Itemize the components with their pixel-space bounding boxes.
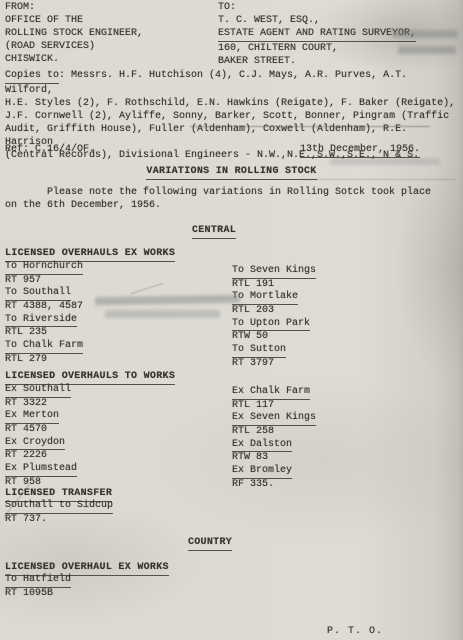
pencil-mark bbox=[131, 283, 164, 295]
fleet-number: RT 957 bbox=[5, 275, 83, 287]
letter-date: 13th December, 1956. bbox=[300, 143, 420, 158]
section-heading-country: COUNTRY bbox=[0, 536, 420, 551]
fleet-number: RTL 203 bbox=[232, 305, 316, 317]
destination: To Sutton bbox=[232, 344, 286, 358]
from-line: OFFICE OF THE bbox=[5, 14, 143, 27]
to-address-line: BAKER STREET. bbox=[218, 55, 416, 68]
transfer-route: Southall to Sidcup bbox=[5, 500, 113, 514]
page-title: VARIATIONS IN ROLLING STOCK bbox=[0, 165, 463, 180]
fleet-number: RTL 279 bbox=[5, 354, 83, 366]
ref-number: Ref: C.16/4/OF. bbox=[5, 143, 95, 156]
origin: Ex Dalston bbox=[232, 439, 292, 453]
faded-stamp bbox=[95, 295, 240, 306]
to-name: T. C. WEST, ESQ., bbox=[218, 14, 416, 27]
pencil-line bbox=[300, 179, 455, 180]
origin: Ex Plumstead bbox=[5, 463, 77, 477]
group-heading: LICENSED OVERHAULS TO WORKS bbox=[5, 370, 175, 385]
from-label: FROM: bbox=[5, 1, 143, 14]
destination: To Riverside bbox=[5, 314, 77, 328]
fleet-number: RT 737. bbox=[5, 514, 113, 526]
destination: To Upton Park bbox=[232, 318, 310, 332]
origin: Ex Bromley bbox=[232, 465, 292, 479]
intro-line: Please note the following variations in … bbox=[5, 186, 457, 199]
to-org: ESTATE AGENT AND RATING SURVEYOR, bbox=[218, 27, 416, 42]
stock-entry: Ex Southall RT 3322 Ex Merton RT 4570 Ex… bbox=[5, 384, 77, 489]
fleet-number: RT 2226 bbox=[5, 450, 77, 462]
section-heading-central: CENTRAL bbox=[0, 224, 428, 239]
from-line: (ROAD SERVICES) bbox=[5, 40, 143, 53]
destination: To Southall bbox=[5, 287, 71, 301]
fleet-number: RTW 50 bbox=[232, 331, 316, 343]
stock-entry: Southall to Sidcup RT 737. bbox=[5, 500, 113, 526]
stock-column-left: Ex Southall RT 3322 Ex Merton RT 4570 Ex… bbox=[5, 384, 77, 489]
document-page: FROM: OFFICE OF THE ROLLING STOCK ENGINE… bbox=[0, 0, 463, 640]
from-line: CHISWICK. bbox=[5, 53, 143, 66]
pto-note: P. T. O. bbox=[327, 625, 383, 638]
faded-stamp bbox=[330, 158, 440, 165]
fleet-number: RTL 258 bbox=[232, 426, 316, 438]
copies-label: Copies to bbox=[5, 69, 59, 84]
origin: Ex Chalk Farm bbox=[232, 386, 310, 400]
destination: To Seven Kings bbox=[232, 265, 316, 279]
origin: Ex Southall bbox=[5, 384, 71, 398]
intro-line: on the 6th December, 1956. bbox=[5, 199, 457, 212]
to-label: TO: bbox=[218, 1, 416, 14]
to-block: TO: T. C. WEST, ESQ., ESTATE AGENT AND R… bbox=[218, 1, 416, 68]
destination: To Chalk Farm bbox=[5, 340, 83, 354]
from-line: ROLLING STOCK ENGINEER, bbox=[5, 27, 143, 40]
stock-entry: To Seven Kings RTL 191 To Mortlake RTL 2… bbox=[232, 265, 316, 370]
fleet-number: RTW 83 bbox=[232, 452, 316, 464]
fleet-number: RTL 117 bbox=[232, 400, 316, 412]
intro-paragraph: Please note the following variations in … bbox=[5, 186, 457, 212]
stock-entry: To Hatfield RT 1095B bbox=[5, 574, 71, 600]
fleet-number: RTL 235 bbox=[5, 327, 83, 339]
fleet-number: RT 3322 bbox=[5, 398, 77, 410]
to-address-line: 160, CHILTERN COURT, bbox=[218, 42, 416, 55]
stock-column-right: To Seven Kings RTL 191 To Mortlake RTL 2… bbox=[232, 265, 316, 370]
origin: Ex Seven Kings bbox=[232, 412, 316, 426]
fleet-number: RT 4570 bbox=[5, 424, 77, 436]
origin: Ex Merton bbox=[5, 410, 59, 424]
fleet-number: RF 335. bbox=[232, 479, 316, 491]
origin: Ex Croydon bbox=[5, 437, 65, 451]
stock-column-right: Ex Chalk Farm RTL 117 Ex Seven Kings RTL… bbox=[232, 386, 316, 491]
fleet-number: RT 3797 bbox=[232, 358, 316, 370]
destination: To Hornchurch bbox=[5, 261, 83, 275]
stock-entry: To Hornchurch RT 957 To Southall RT 4388… bbox=[5, 261, 83, 366]
group-heading: LICENSED OVERHAULS EX WORKS bbox=[5, 247, 175, 262]
from-block: FROM: OFFICE OF THE ROLLING STOCK ENGINE… bbox=[5, 1, 143, 66]
copies-line: H.E. Styles (2), F. Rothschild, E.N. Haw… bbox=[5, 97, 461, 110]
destination: To Mortlake bbox=[232, 291, 298, 305]
pencil-line bbox=[190, 126, 430, 127]
faded-stamp bbox=[392, 30, 458, 38]
fleet-number: RT 4388, 4587 bbox=[5, 301, 83, 313]
copies-line: : Messrs. H.F. Hutchison (4), C.J. Mays,… bbox=[5, 70, 407, 96]
copies-line: J.F. Cornwell (2), Ayliffe, Sonny, Barke… bbox=[5, 110, 461, 123]
faded-stamp bbox=[398, 46, 456, 54]
stock-entry: Ex Chalk Farm RTL 117 Ex Seven Kings RTL… bbox=[232, 386, 316, 491]
stock-column-left: To Hornchurch RT 957 To Southall RT 4388… bbox=[5, 261, 83, 366]
faded-stamp bbox=[105, 310, 220, 318]
destination: To Hatfield bbox=[5, 574, 71, 588]
fleet-number: RT 1095B bbox=[5, 588, 71, 600]
fleet-number: RTL 191 bbox=[232, 279, 316, 291]
